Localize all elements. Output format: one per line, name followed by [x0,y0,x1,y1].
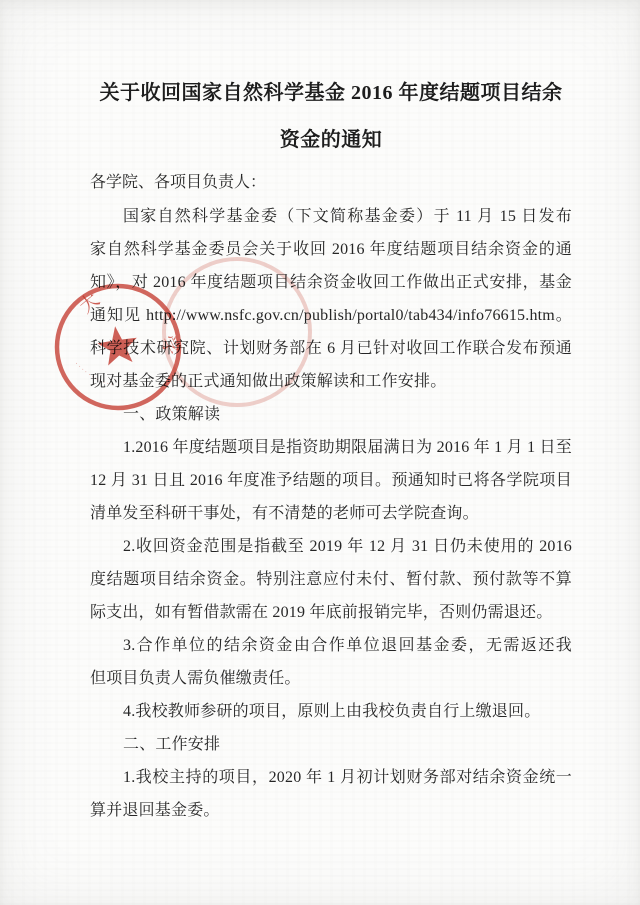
document-content: 关于收回国家自然科学基金 2016 年度结题项目结余 资金的通知 各学院、各项目… [90,70,572,827]
document-line: 清单发至科研干事处，有不清楚的老师可去学院查询。 [90,497,572,530]
document-title-line-1: 关于收回国家自然科学基金 2016 年度结题项目结余 [90,70,572,117]
document-line: 2.收回资金范围是指截至 2019 年 12 月 31 日仍未使用的 2016 … [90,530,572,563]
document-line: 1.2016 年度结题项目是指资助期限届满日为 2016 年 1 月 1 日至 [90,431,572,464]
document-line: 际支出，如有暂借款需在 2019 年底前报销完毕，否则仍需退还。 [90,596,572,629]
document-line: 4.我校教师参研的项目，原则上由我校负责自行上缴退回。 [90,695,572,728]
document-line: 3.合作单位的结余资金由合作单位退回基金委，无需返还我校， [90,629,572,662]
document-line: 1.我校主持的项目，2020 年 1 月初计划财务部对结余资金统一清 [90,761,572,794]
document-line: 科学技术研究院、计划财务部在 6 月已针对收回工作联合发布预通知， [90,332,572,365]
document-line: 二、工作安排 [90,728,572,761]
document-body: 国家自然科学基金委（下文简称基金委）于 11 月 15 日发布《国家自然科学基金… [90,200,572,827]
document-line: 知》，对 2016 年度结题项目结余资金收回工作做出正式安排，基金委 [90,266,572,299]
document-line: 算并退回基金委。 [90,794,572,827]
salutation: 各学院、各项目负责人： [90,166,572,200]
document-line: 一、政策解读 [90,398,572,431]
document-line: 12 月 31 日且 2016 年度准予结题的项目。预通知时已将各学院项目 [90,464,572,497]
document-line: 现对基金委的正式通知做出政策解读和工作安排。 [90,365,572,398]
document-line: 国家自然科学基金委（下文简称基金委）于 11 月 15 日发布《国 [90,200,572,233]
document-line: 度结题项目结余资金。特别注意应付未付、暂付款、预付款等不算实 [90,563,572,596]
document-line: 通知见 http://www.nsfc.gov.cn/publish/porta… [90,299,572,332]
document-line: 但项目负责人需负催缴责任。 [90,662,572,695]
document-title-line-2: 资金的通知 [90,117,572,164]
scanned-notice-page: 关于收回国家自然科学基金 2016 年度结题项目结余 资金的通知 各学院、各项目… [0,0,640,905]
document-line: 家自然科学基金委员会关于收回 2016 年度结题项目结余资金的通 [90,233,572,266]
